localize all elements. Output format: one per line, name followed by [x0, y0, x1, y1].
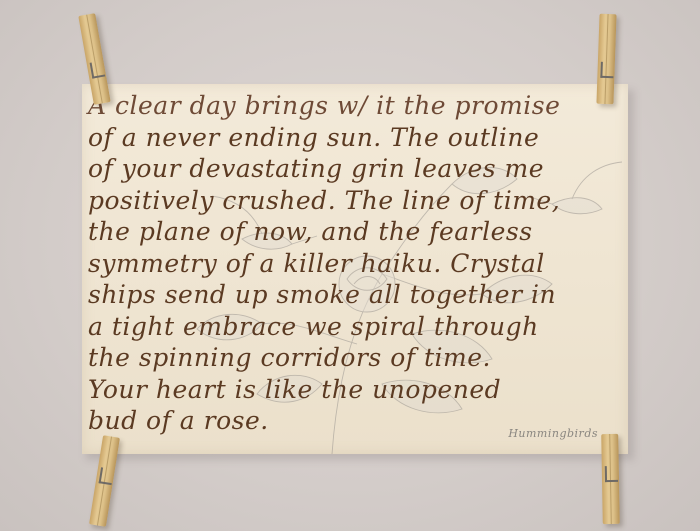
poem-line: the spinning corridors of time.: [88, 342, 624, 374]
printed-caption: Hummingbirds: [508, 427, 598, 440]
poem-line: Your heart is like the unopened: [88, 374, 624, 406]
clothespin-top-right: [596, 14, 616, 105]
clothespin-spring: [605, 466, 618, 482]
poem-line: a tight embrace we spiral through: [88, 311, 624, 343]
poem-line: symmetry of a killer haiku. Crystal: [88, 248, 624, 280]
poem-line: A clear day brings w/ it the promise: [88, 90, 624, 122]
clothespin-spring: [90, 61, 106, 79]
poem-line: of a never ending sun. The outline: [88, 122, 624, 154]
clothespin-spring: [600, 62, 614, 78]
handwritten-poem: A clear day brings w/ it the promise of …: [88, 84, 624, 437]
poem-line: of your devastating grin leaves me: [88, 153, 624, 185]
poem-line: the plane of now, and the fearless: [88, 216, 624, 248]
note-card: A clear day brings w/ it the promise of …: [82, 84, 628, 454]
poem-line: ships send up smoke all together in: [88, 279, 624, 311]
clothespin-bottom-right: [601, 434, 620, 524]
clothespin-spring: [99, 467, 114, 485]
poem-line: positively crushed. The line of time,: [88, 185, 624, 217]
